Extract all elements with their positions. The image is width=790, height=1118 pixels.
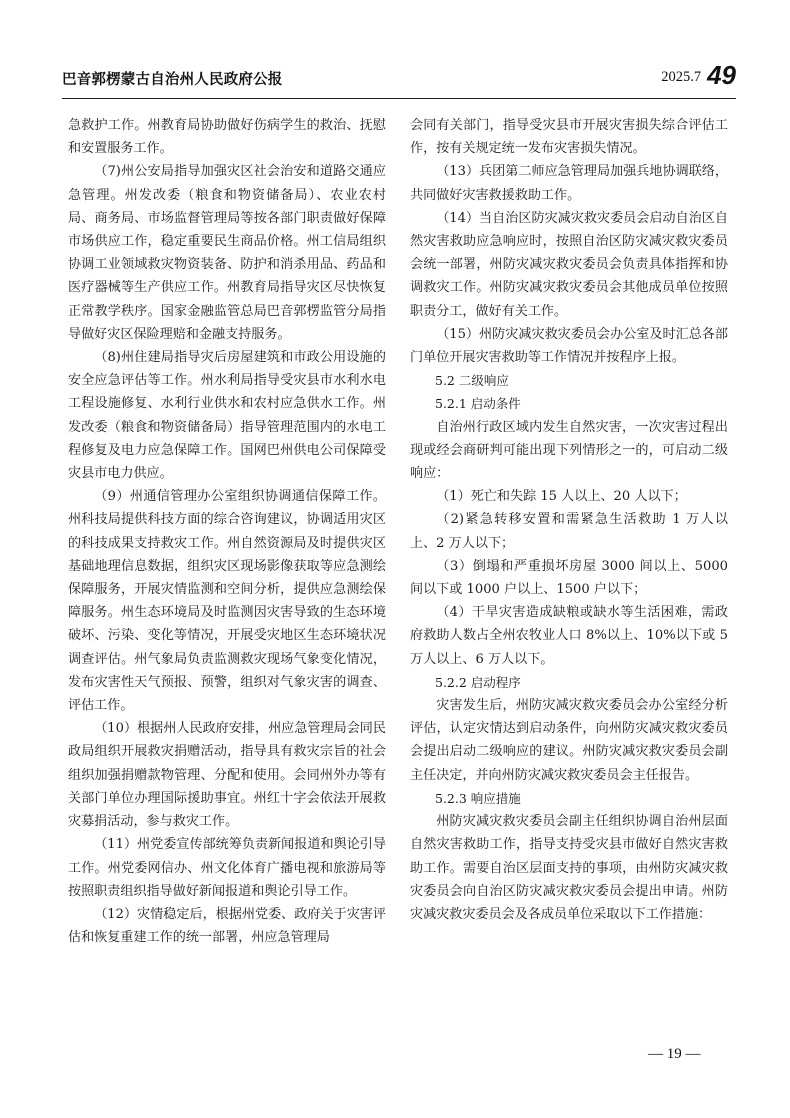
paragraph: （12）灾情稳定后，根据州党委、政府关于灾害评估和恢复重建工作的统一部署，州应急… [68, 903, 386, 949]
paragraph: （7)州公安局指导加强灾区社会治安和道路交通应急管理。州发改委（粮食和物资储备局… [68, 160, 386, 346]
paragraph: （9）州通信管理办公室组织协调通信保障工作。州科技局提供科技方面的综合咨询建议，… [68, 485, 386, 717]
right-column: 会同有关部门，指导受灾县市开展灾害损失综合评估工作，按有关规定统一发布灾害损失情… [410, 114, 728, 926]
list-item: （1）死亡和失踪 15 人以上、20 人以下； [410, 485, 728, 508]
issue-date: 2025.7 [661, 69, 701, 88]
subsection-heading: 5.2.2 启动程序 [410, 671, 728, 694]
subsection-heading: 5.2.1 启动条件 [410, 392, 728, 415]
subsection-heading: 5.2.3 响应措施 [410, 787, 728, 810]
list-item: （4）干旱灾害造成缺粮或缺水等生活困难，需政府救助人数占全州农牧业人口 8%以上… [410, 601, 728, 671]
list-item: （2)紧急转移安置和需紧急生活救助 1 万人以上、2 万人以下； [410, 508, 728, 554]
issue-info: 2025.7 49 [661, 62, 736, 88]
paragraph: （14）当自治区防灾减灾救灾委员会启动自治区自然灾害救助应急响应时，按照自治区防… [410, 207, 728, 323]
paragraph: （11）州党委宣传部统筹负责新闻报道和舆论引导工作。州党委网信办、州文化体育广播… [68, 833, 386, 903]
left-column: 急救护工作。州教育局协助做好伤病学生的救治、抚慰和安置服务工作。 （7)州公安局… [68, 114, 386, 949]
issue-number: 49 [707, 62, 736, 88]
section-heading: 5.2 二级响应 [410, 369, 728, 392]
paragraph: （8)州住建局指导灾后房屋建筑和市政公用设施的安全应急评估等工作。州水利局指导受… [68, 346, 386, 485]
paragraph: 灾害发生后，州防灾减灾救灾委员会办公室经分析评估，认定灾情达到启动条件，向州防灾… [410, 694, 728, 787]
list-item: （3）倒塌和严重损坏房屋 3000 间以上、5000 间以下或 1000 户以上… [410, 555, 728, 601]
paragraph: （15）州防灾减灾救灾委员会办公室及时汇总各部门单位开展灾害救助等工作情况并按程… [410, 323, 728, 369]
paragraph: 自治州行政区域内发生自然灾害，一次灾害过程出现或经会商研判可能出现下列情形之一的… [410, 416, 728, 486]
paragraph: （13）兵团第二师应急管理局加强兵地协调联络，共同做好灾害救援救助工作。 [410, 160, 728, 206]
header-divider [62, 98, 736, 99]
paragraph: 州防灾减灾救灾委员会副主任组织协调自治州层面自然灾害救助工作，指导支持受灾县市做… [410, 810, 728, 926]
paragraph: 会同有关部门，指导受灾县市开展灾害损失综合评估工作，按有关规定统一发布灾害损失情… [410, 114, 728, 160]
paragraph: （10）根据州人民政府安排，州应急管理局会同民政局组织开展救灾捐赠活动，指导具有… [68, 717, 386, 833]
page-number: — 19 — [648, 1046, 701, 1063]
page-header: 巴音郭楞蒙古自治州人民政府公报 2025.7 49 [62, 62, 736, 90]
paragraph: 急救护工作。州教育局协助做好伤病学生的救治、抚慰和安置服务工作。 [68, 114, 386, 160]
publication-title: 巴音郭楞蒙古自治州人民政府公报 [62, 68, 283, 89]
